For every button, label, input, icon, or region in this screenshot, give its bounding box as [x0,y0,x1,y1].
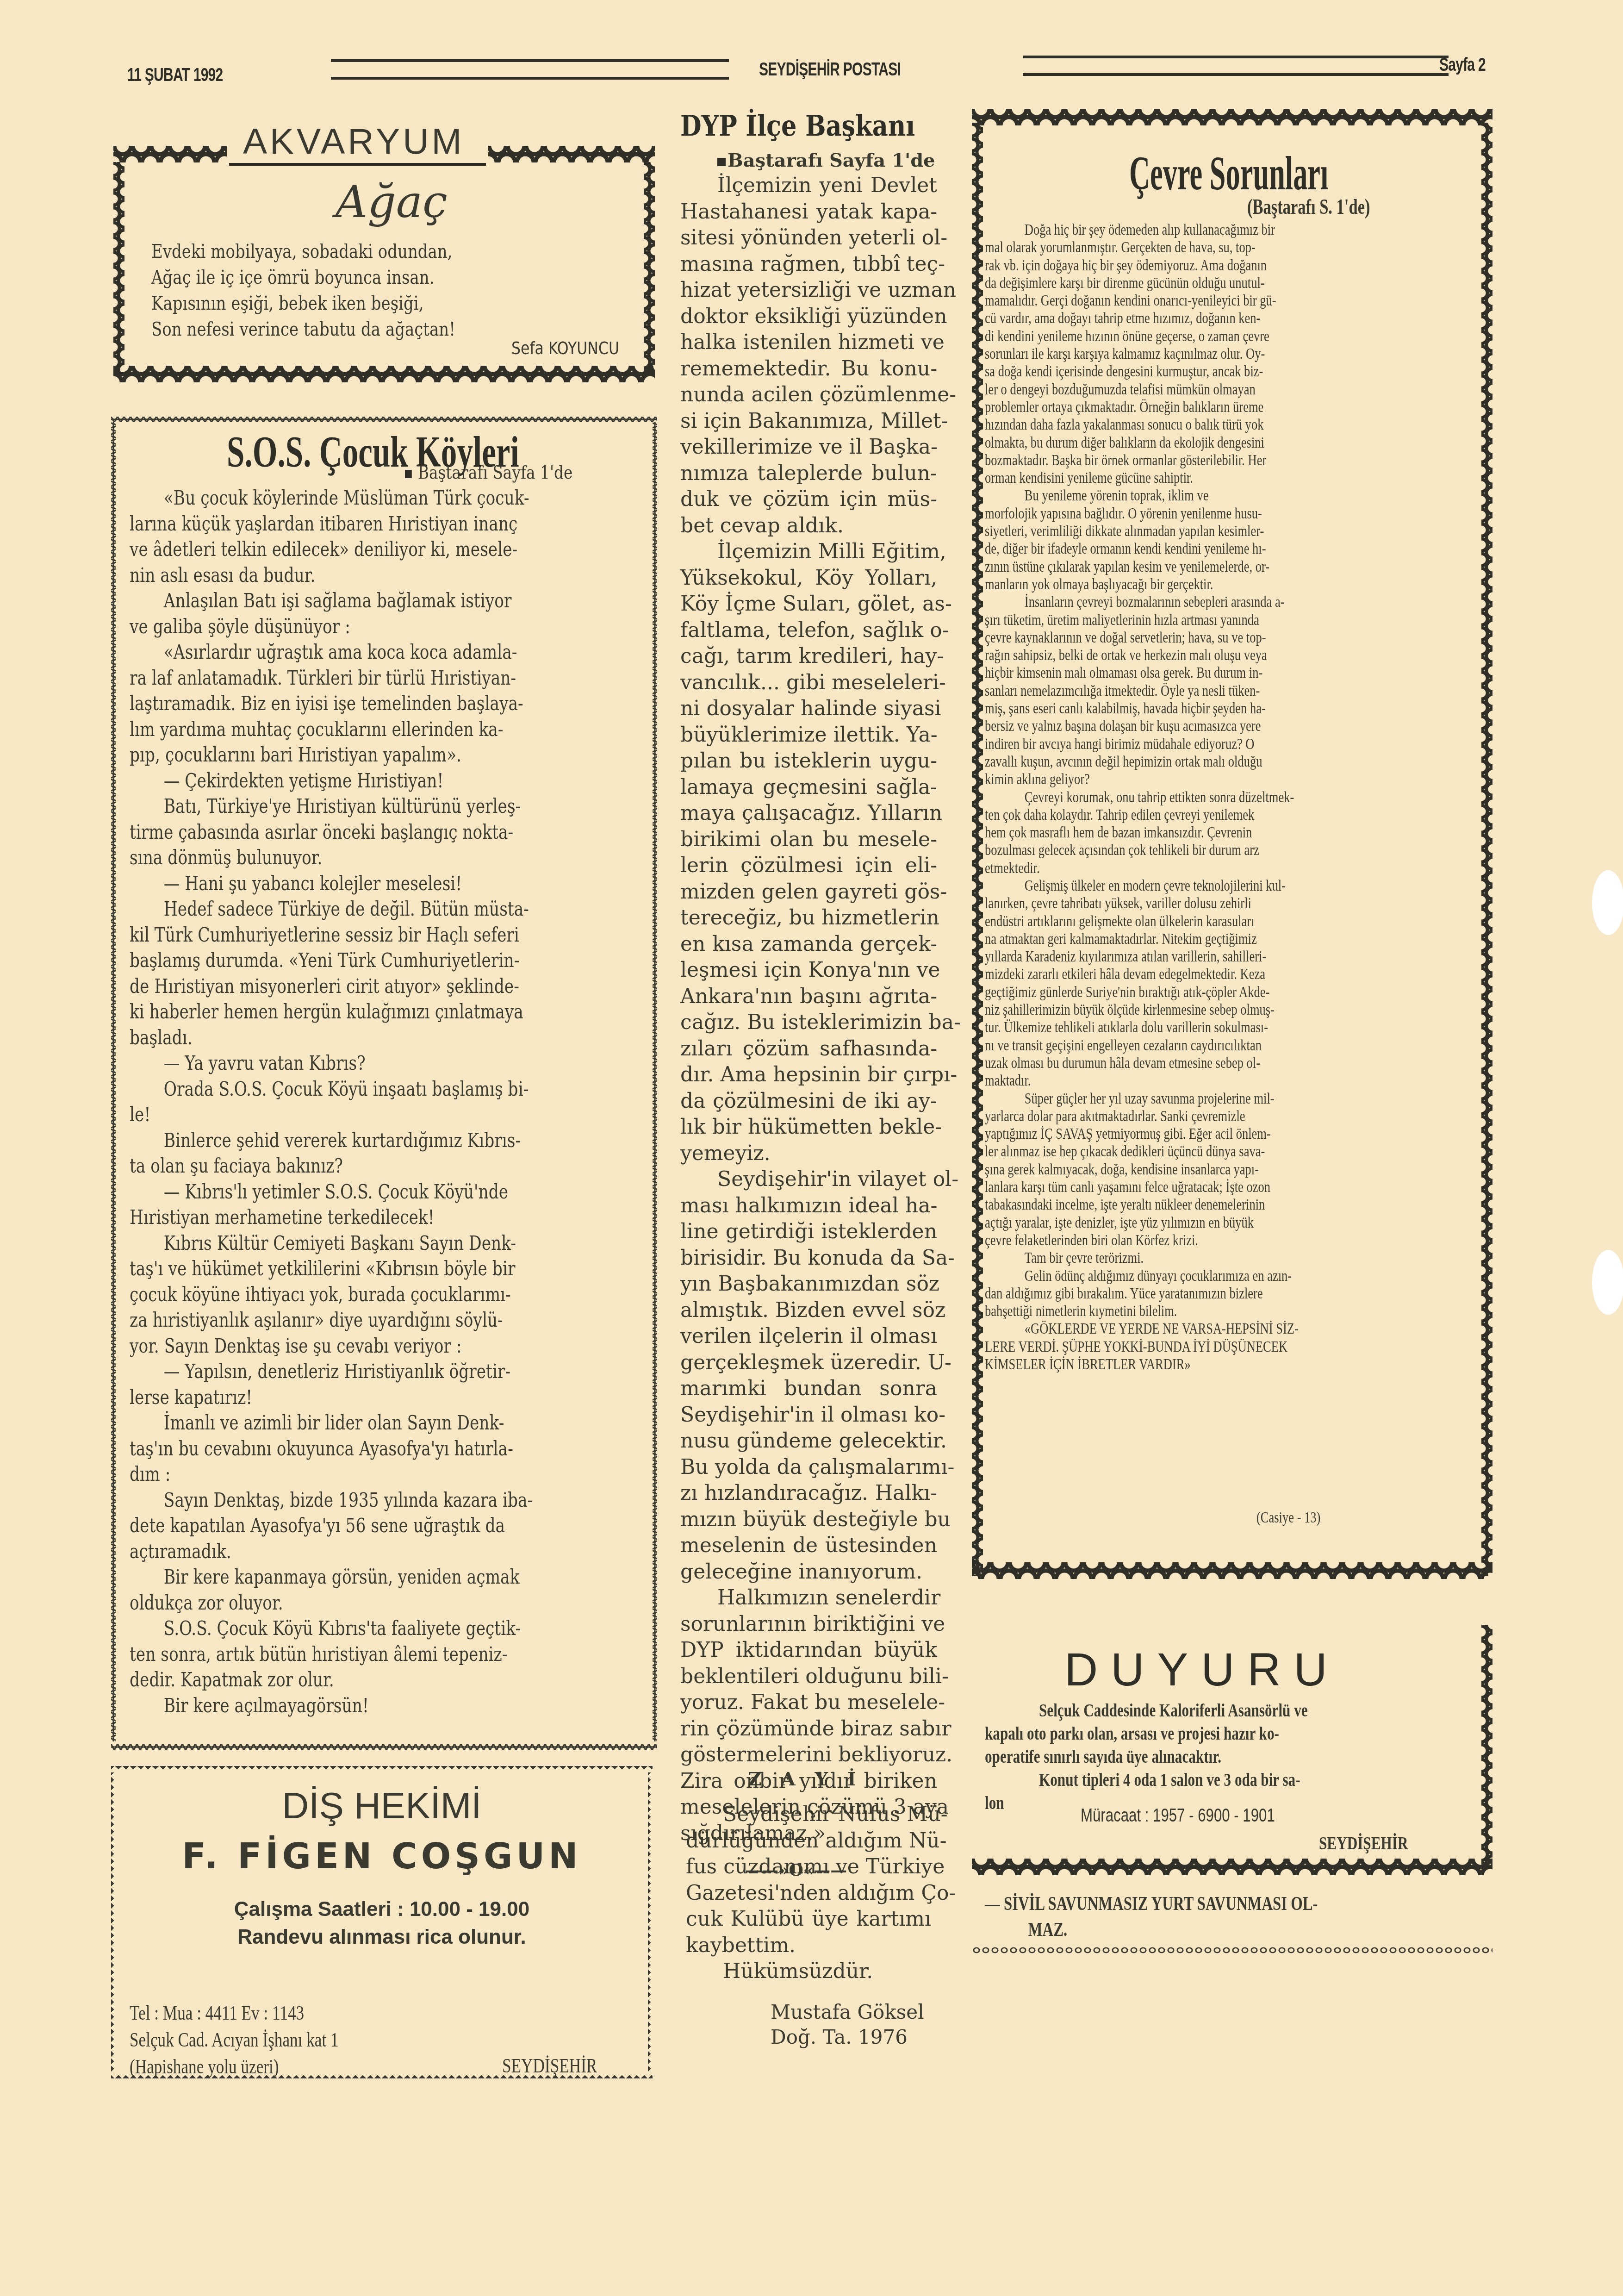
text-line: rememektedir. Bu konu- [680,356,937,382]
text-line: vekillerimize ve il Başka- [680,434,937,461]
cevre-article-box: Çevre Sorunları (Baştarafı S. 1'de) Doğa… [972,109,1492,1590]
dyp-article: DYP İlçe Başkanı Baştarafı Sayfa 1'de İl… [676,109,953,1683]
heading-underline [229,163,486,166]
text-line: lım yardıma muhtaç çocuklarını ellerinde… [130,717,608,742]
text-line: İnsanların çevreyi bozmalarının sebepler… [985,593,1468,611]
hours-value: 10.00 - 19.00 [410,1898,529,1921]
text-line: bet cevap aldık. [680,513,937,539]
text-line: hem çok masraflı hem de bazan imkansızdı… [985,824,1468,842]
text-line: İmanlı ve azimli bir lider olan Sayın De… [130,1410,608,1436]
text-line: «Asırlardır uğraştık ama koca koca adaml… [130,639,608,665]
text-line: «GÖKLERDE VE YERDE NE VARSA-HEPSİNİ SİZ- [985,1320,1468,1338]
text-line: dım : [130,1461,608,1487]
border-top [111,1766,653,1772]
text-line: za hıristiyanlık aşılanır» diye uyardığı… [130,1307,608,1333]
signature: Mustafa Göksel Doğ. Ta. 1976 [771,2000,924,2050]
text-line: göstermelerini bekliyoruz. [680,1742,937,1768]
text-line: «Bu çocuk köylerinde Müslüman Türk çocuk… [130,485,608,511]
slogan-line: MAZ. [985,1917,1318,1943]
punch-hole [1592,1250,1623,1315]
text-line: di kendini yenileme hızının önüne geçers… [985,328,1468,345]
poem-line: Evdeki mobilyaya, sobadaki odundan, [151,238,455,264]
text-line: operatife sınırlı sayıda üye alınacaktır… [985,1745,1454,1768]
text-line: İlçemizin Milli Eğitim, [680,539,937,565]
text-line: line getirdiği isteklerden [680,1219,937,1245]
text-line: pıp, çocuklarını bari Hıristiyan yapalım… [130,742,608,768]
article-body: «Bu çocuk köylerinde Müslüman Türk çocuk… [130,485,608,1718]
text-line: cağı, tarım kredileri, hay- [680,643,937,670]
border-left [111,422,116,1741]
wavy-border-right [644,162,655,375]
text-line: hızından daha fazla yakalanması sonucu o… [985,416,1468,434]
text-line: cağız. Bu isteklerimizin ba- [680,1010,937,1036]
text-line: — Çekirdekten yetişme Hıristiyan! [130,768,608,794]
text-line: şına gerek kalmıyacak, doğa, kendisine i… [985,1161,1468,1179]
text-line: Hükümsüzdür. [686,1959,931,1985]
contact-block: Tel : Mua : 4411 Ev : 1143 Selçuk Cad. A… [130,2000,339,2080]
text-line: tirme çabasında asırlar önceki başlangıç… [130,819,608,845]
text-line: Bu yolda da çalışmalarımı- [680,1454,937,1481]
text-line: endüstri artıklarını gelişmekte olan ülk… [985,913,1468,930]
masthead-rule-left [331,59,729,80]
text-line: Kıbrıs Kültür Cemiyeti Başkanı Sayın Den… [130,1230,608,1256]
bullet-square-icon [405,470,412,478]
text-line: ta olan şu faciaya bakınız? [130,1153,608,1179]
text-line: Bir kere kapanmaya görsün, yeniden açmak [130,1564,608,1590]
text-line: büyüklerimize ilettik. Ya- [680,722,937,749]
text-line: rak vb. için doğaya hiç bir şey ödemiyor… [985,257,1468,275]
text-line: dürlüğünden aldığım Nü- [686,1828,931,1854]
text-line: açtıramadık. [130,1539,608,1565]
text-line: laştıramadık. Biz en iyisi işe temelinde… [130,691,608,717]
text-line: kil Türk Cumhuriyetlerine sessiz bir Haç… [130,922,608,948]
text-line: Batı, Türkiye'ye Hıristiyan kültürünü ye… [130,793,608,819]
text-line: dete kapatılan Ayasofya'yı 56 sene uğraş… [130,1513,608,1539]
text-line: marımki bundan sonra [680,1376,937,1402]
text-line: yoruz. Fakat bu meselele- [680,1690,937,1716]
text-line: Selçuk Caddesinde Kaloriferli Asansörlü … [985,1699,1454,1722]
text-line: lanlara karşı tüm canlı yaşamını felce u… [985,1179,1468,1196]
text-line: meselenin de üstesinden [680,1533,937,1559]
text-line: sına dönmüş bulunuyor. [130,845,608,871]
text-line: verilen ilçelerin il olması [680,1323,937,1350]
text-line: — Kıbrıs'lı yetimler S.O.S. Çocuk Köyü'n… [130,1179,608,1205]
duyuru-ad-box: DUYURU Selçuk Caddesinde Kaloriferli Asa… [972,1625,1492,1875]
city: SEYDİŞEHİR [1319,1832,1408,1854]
text-line: geçtiğimiz günlerde Suriye'nin bıraktığı… [985,984,1468,1001]
text-line: lanırken, çevre tahribatı yüksek, varill… [985,895,1468,912]
poem-body: Evdeki mobilyaya, sobadaki odundan, Ağaç… [151,238,455,342]
continued-label: Baştarafı Sayfa 1'de [418,462,572,483]
text-line: Bu yenileme yörenin toprak, iklim ve [985,487,1468,505]
text-line: — Hani şu yabancı kolejler meselesi! [130,871,608,897]
text-line: ni dosyalar halinde siyasi [680,696,937,722]
text-line: le! [130,1102,608,1128]
text-line: zı hızlandıracağız. Halkı- [680,1480,937,1507]
ad-title: DİŞ HEKİMİ [111,1784,653,1827]
text-line: ler o dengeyi bozduğumuzda telafisi mümk… [985,381,1468,399]
text-line: şırı tüketim, üretim maliyetlerinin hızl… [985,611,1468,629]
text-line: kimin aklına geliyor? [985,771,1468,788]
text-line: indiren bir avcıya hangi birimiz müdahal… [985,736,1468,753]
issue-date: 11 ŞUBAT 1992 [127,65,223,86]
poem-line: Ağaç ile iç içe ömrü boyunca insan. [151,264,455,290]
text-line: bozulması gelecek açısından çok tehlikel… [985,842,1468,859]
text-line: kaybettim. [686,1933,931,1959]
text-line: çevre felaketlerinden biri olan Körfez k… [985,1232,1468,1249]
text-line: da çözülmesini de iki ay- [680,1088,937,1115]
text-line: ki haberler hemen hergün kulağımızı çınl… [130,999,608,1025]
text-line: Doğa hiç bir şey ödemeden alıp kullanaca… [985,221,1468,239]
text-line: İlçemizin yeni Devlet [680,173,937,199]
poem-line: Kapısının eşiği, bebek iken beşiği, [151,290,455,316]
text-line: Gelişmiş ülkeler en modern çevre teknolo… [985,877,1468,895]
text-line: sorunlarının biriktiğini ve [680,1611,937,1638]
zayi-notice: Z A Y İ Seydişehir Nüfus Mü-dürlüğünden … [676,1768,953,2092]
continued-note: Baştarafı Sayfa 1'de [405,462,572,483]
text-line: en kısa zamanda gerçek- [680,931,937,958]
text-line: rin çözümünde biraz sabır [680,1716,937,1742]
wavy-border-right [1481,1625,1492,1865]
text-line: tur. Ülkemize tehlikeli atıklarla dolu v… [985,1019,1468,1036]
text-line: hizat yetersizliği ve uzman [680,277,937,304]
text-line: birisidir. Bu konuda da Sa- [680,1245,937,1272]
notice-body: Seydişehir Nüfus Mü-dürlüğünden aldığım … [686,1802,931,1985]
text-line: ten sonra, artık bütün hıristiyan âlemi … [130,1641,608,1667]
continued-note: (Baştarafı S. 1'de) [1247,194,1370,219]
text-line: siyetleri, verimliliği dikkate alınmadan… [985,523,1468,540]
sos-article-box: S.O.S. Çocuk Köyleri Baştarafı Sayfa 1'd… [111,417,657,1750]
text-line: Gelin ödünç aldığımız dünyayı çocuklarım… [985,1267,1468,1285]
text-line: maktadır. [985,1072,1468,1090]
text-line: kapalı oto parkı olan, arsası ve projesi… [985,1722,1454,1745]
text-line: Hıristiyan merhametine terkedilecek! [130,1204,608,1230]
text-line: Halkımızın senelerdir [680,1585,937,1611]
text-line: Konut tipleri 4 oda 1 salon ve 3 oda bir… [985,1768,1454,1791]
text-line: yıllarda Karadeniz kıyılarımıza atılan v… [985,948,1468,966]
text-line: etmektedir. [985,860,1468,877]
slogan-line: — SİVİL SAVUNMASIZ YURT SAVUNMASI OL- [985,1891,1318,1917]
wavy-border-bottom [972,1859,1492,1875]
text-line: masına rağmen, tıbbî teç- [680,251,937,278]
text-line: ler alınmaz ise hep çıkacak dedikleri üç… [985,1143,1468,1160]
text-line: si için Bakanımıza, Millet- [680,408,937,435]
text-line: rağın sahipsiz, belki de ortak ve herkez… [985,647,1468,664]
text-line: Seydişehir'in vilayet ol- [680,1167,937,1193]
page-number: Sayfa 2 [1439,55,1486,75]
appointment-note: Randevu alınması rica olunur. [111,1926,653,1949]
text-line: dır. Ama hepsinin bir çırpı- [680,1062,937,1088]
text-line: KİMSELER İÇİN İBRETLER VARDIR» [985,1356,1468,1373]
text-line: geleceğine inanıyorum. [680,1559,937,1585]
text-line: de Hıristiyan misyonerleri cirit atıyor»… [130,973,608,999]
border-bottom [111,1744,657,1750]
text-line: Seydişehir'in il olması ko- [680,1402,937,1429]
text-line: ve galiba şöyle düşünüyor : [130,614,608,640]
text-line: dedir. Kapatmak zor olur. [130,1667,608,1693]
text-line: de, diğer bir ifadeyle ormanın kendi ken… [985,540,1468,558]
wavy-border-top-left [113,146,227,162]
text-line: açtığı yaralar, işte denizler, işte yüz … [985,1214,1468,1232]
text-line: sa doğa kendi içerisinde dengesini kurmu… [985,363,1468,381]
text-line: Süper güçler her yıl uzay savunma projel… [985,1090,1468,1108]
text-line: nin aslı esası da budur. [130,562,608,588]
text-line: sitesi yönünden yeterli ol- [680,225,937,251]
newspaper-name: SEYDİŞEHİR POSTASI [759,59,901,80]
text-line: maya çalışacağız. Yılların [680,800,937,827]
text-line: fus cüzdanımı ve Türkiye [686,1854,931,1880]
text-line: çevre kaynaklarının ve doğal servetlerin… [985,629,1468,647]
article-title: DYP İlçe Başkanı [680,109,915,143]
masthead-rule-right [1023,56,1449,76]
contact-numbers: Müracaat : 1957 - 6900 - 1901 [1081,1805,1275,1826]
wavy-border-top [972,109,1492,125]
poem-line: Son nefesi verince tabutu da ağaçtan! [151,316,455,342]
text-line: gerçekleşmek üzeredir. U- [680,1350,937,1376]
text-line: nımıza taleplerde bulun- [680,461,937,487]
text-line: lamaya geçmesini sağla- [680,774,937,801]
text-line: almıştık. Bizden evvel söz [680,1298,937,1324]
text-line: cuk Kulübü üye kartımı [686,1906,931,1933]
text-line: Bir kere açılmayagörsün! [130,1693,608,1719]
text-line: yor. Sayın Denktaş ise şu cevabı veriyor… [130,1333,608,1359]
wavy-border-bottom [972,1562,1492,1579]
continued-note: Baştarafı Sayfa 1'de [717,150,935,171]
text-line: pılan bu isteklerin uygu- [680,748,937,774]
text-line: hiçbir kimsenin malı olmaması olsa gerek… [985,664,1468,682]
text-line: ten çok daha kolaydır. Tahrip edilen çev… [985,806,1468,824]
text-line: olmakta, bu durum diğer balıkların da ek… [985,434,1468,452]
text-line: da değişimlere karşı bir direnme gücünün… [985,275,1468,292]
text-line: miş, şans eseri canlı kalabilmiş, havada… [985,700,1468,717]
text-line: lık bir hükümetten bekle- [680,1114,937,1141]
text-line: Sayın Denktaş, bizde 1935 yılında kazara… [130,1487,608,1513]
text-line: Hedef sadece Türkiye de değil. Bütün müs… [130,896,608,922]
wavy-border-left [972,123,983,1576]
wavy-border-left [113,162,124,375]
text-line: niz şahillerimizin büyük ölçüde kirlenme… [985,1001,1468,1019]
text-line: leşmesi için Konya'nın ve [680,957,937,984]
text-line: nusu gündeme gelecektir. [680,1428,937,1454]
text-line: nı ve transit geçişini engelleyen cezala… [985,1037,1468,1054]
quote-source: (Casiye - 13) [1256,1509,1320,1527]
text-line: cü vardır, ama doğayı tahrip etme hızımı… [985,310,1468,327]
phone-number: Tel : Mua : 4411 Ev : 1143 [130,2000,339,2027]
text-line: tereceğiz, bu hizmetlerin [680,905,937,931]
address: Selçuk Cad. Acıyan İşhanı kat 1 [130,2027,339,2053]
text-line: ra laf anlatamadık. Türkleri bir türlü H… [130,665,608,691]
text-line: larına küçük yaşlardan itibaren Hıristiy… [130,511,608,537]
text-line: uzak olması bu durumun hâla devam etmesi… [985,1054,1468,1072]
text-line: na atmaktan geri kalmamaktadırlar. Nitek… [985,930,1468,948]
text-line: ması halkımızın ideal ha- [680,1193,937,1219]
text-line: Çevreyi korumak, onu tahrip ettikten son… [985,789,1468,806]
text-line: mizdeki zararlı etkileri hâla devam edeg… [985,966,1468,983]
text-line: Gazetesi'nden aldığım Ço- [686,1880,931,1907]
text-line: mamalıdır. Gerçi doğanın kendini onarıcı… [985,292,1468,310]
text-line: morfolojik yapısına bağlıdır. O yörenin … [985,505,1468,523]
article-title: Çevre Sorunları [1129,146,1328,201]
text-line: beklentileri olduğunu bili- [680,1664,937,1690]
text-line: taş'ın bu cevabını okuyunca Ayasofya'yı … [130,1436,608,1462]
text-line: — Yapılsın, denetleriz Hıristiyanlık öğr… [130,1359,608,1385]
text-line: birikimi olan bu mesele- [680,827,937,853]
address-note: (Hapishane yolu üzeri) [130,2053,339,2080]
text-line: başladı. [130,1025,608,1051]
ad-body: Selçuk Caddesinde Kaloriferli Asansörlü … [985,1699,1454,1815]
text-line: halka istenilen hizmeti ve [680,330,937,356]
text-line: vancılık... gibi meseleleri- [680,670,937,696]
text-line: Tam bir çevre terörizmi. [985,1249,1468,1267]
text-line: zavallı kuşun, avcının değil hepimizin o… [985,753,1468,771]
notice-title: Z A Y İ [676,1768,935,1790]
text-line: zıları çözüm safhasında- [680,1036,937,1062]
text-line: dan aldığımız gibi bırakalım. Yüce yarat… [985,1285,1468,1303]
text-line: LERE VERDİ. ŞÜPHE YOKKİ-BUNDA İYİ DÜŞÜNE… [985,1338,1468,1356]
text-line: çocuk köyüne ihtiyacı yok, burada çocukl… [130,1282,608,1308]
text-line: yaptığımız İÇ SAVAŞ yetmiyormuş gibi. Eğ… [985,1125,1468,1143]
city: SEYDİŞEHİR [502,2054,597,2078]
text-line: bersiz ve yalnız başına dolaşan bir kuşu… [985,717,1468,735]
text-line: Ankara'nın başını ağrıta- [680,984,937,1010]
text-line: Orada S.O.S. Çocuk Köyü inşaatı başlamış… [130,1076,608,1102]
akvaryum-box: AKVARYUM Ağaç Evdeki mobilyaya, sobadaki… [113,125,655,393]
poem-title: Ağaç [336,176,448,228]
owner-name: Mustafa Göksel [771,2000,924,2025]
text-line: Hastahanesi yatak kapa- [680,199,937,225]
text-line: problemler ortaya çıkmaktadır. Örneğin b… [985,399,1468,416]
text-line: Seydişehir Nüfus Mü- [686,1802,931,1828]
bullet-square-icon [717,158,726,166]
text-line: bozmaktadır. Başka bir örnek ormanlar gö… [985,452,1468,469]
article-body: Doğa hiç bir şey ödemeden alıp kullanaca… [985,221,1468,1373]
text-line: tabakasındaki incelme, işte yeraltı nükl… [985,1196,1468,1214]
text-line: mal olarak yorumlanmıştır. Gerçekten de … [985,239,1468,256]
continued-label: Baştarafı Sayfa 1'de [728,150,935,171]
text-line: S.O.S. Çocuk Köyü Kıbrıs'ta faaliyete ge… [130,1616,608,1641]
text-line: Binlerce şehid vererek kurtardığımız Kıb… [130,1128,608,1154]
border-right [653,422,657,1741]
text-line: zının üstüne çıkılarak yapılan kesim ve … [985,558,1468,576]
text-line: başlamış durumda. «Yeni Türk Cumhuriyetl… [130,948,608,973]
border-top [111,417,657,422]
wavy-border-bottom [113,366,655,382]
text-line: yarlarca dolar para akıtmaktadırlar. San… [985,1108,1468,1125]
dentist-name: F. FİGEN COŞGUN [111,1835,653,1877]
text-line: nunda acilen çözümlenme- [680,382,937,408]
text-line: yemeyiz. [680,1141,937,1167]
text-line: lerin çözülmesi için eli- [680,853,937,879]
birth-year: Doğ. Ta. 1976 [771,2025,924,2050]
wavy-border-top-right [488,146,655,162]
text-line: Anlaşılan Batı işi sağlama bağlamak isti… [130,588,608,614]
punch-hole [1592,870,1623,935]
text-line: lerse kapatırız! [130,1385,608,1410]
text-line: orman kendisini yenileme gücüne sahiptir… [985,469,1468,487]
civil-defense-slogan: — SİVİL SAVUNMASIZ YURT SAVUNMASI OL- MA… [985,1891,1318,1943]
text-line: yın Başbakanımızdan söz [680,1271,937,1298]
text-line: DYP iktidarından büyük [680,1637,937,1664]
text-line: manların yok olmaya başlıyacağı bir gerç… [985,576,1468,593]
text-line: bahşettiği nimetlerin kıymetini bilelim. [985,1303,1468,1320]
text-line: oldukça zor oluyor. [130,1590,608,1616]
ad-title: DUYURU [1064,1643,1340,1697]
text-line: duk ve çözüm için müs- [680,487,937,513]
dentist-ad-box: DİŞ HEKİMİ F. FİGEN COŞGUN Çalışma Saatl… [111,1766,653,2078]
text-line: taş'ı ve hükümet yetkililerini «Kıbrısın… [130,1256,608,1282]
text-line: Yüksekokul, Köy Yolları, [680,565,937,592]
wavy-border-right [1481,123,1492,1576]
text-line: — Ya yavru vatan Kıbrıs? [130,1050,608,1076]
section-heading: AKVARYUM [243,120,465,162]
text-line: mizden gelen gayreti gös- [680,879,937,905]
text-line: sanları nemelazımcılığa itmektedir. Öyle… [985,682,1468,700]
hours-label: Çalışma Saatleri : [234,1898,404,1921]
text-line: doktor eksikliği yüzünden [680,304,937,330]
text-line: mızın büyük desteğiyle bu [680,1507,937,1533]
text-line: Köy İçme Suları, gölet, as- [680,591,937,618]
text-line: faltlama, telefon, sağlık o- [680,618,937,644]
working-hours: Çalışma Saatleri : 10.00 - 19.00 [111,1898,653,1921]
text-line: sorunları ile karşı karşıya kalmamız kaç… [985,345,1468,363]
chain-border-bottom [972,1947,1492,1954]
poem-author: Sefa KOYUNCU [511,338,619,358]
article-body: İlçemizin yeni DevletHastahanesi yatak k… [680,173,937,1847]
text-line: ve âdetleri telkin edilecek» deniliyor k… [130,537,608,562]
